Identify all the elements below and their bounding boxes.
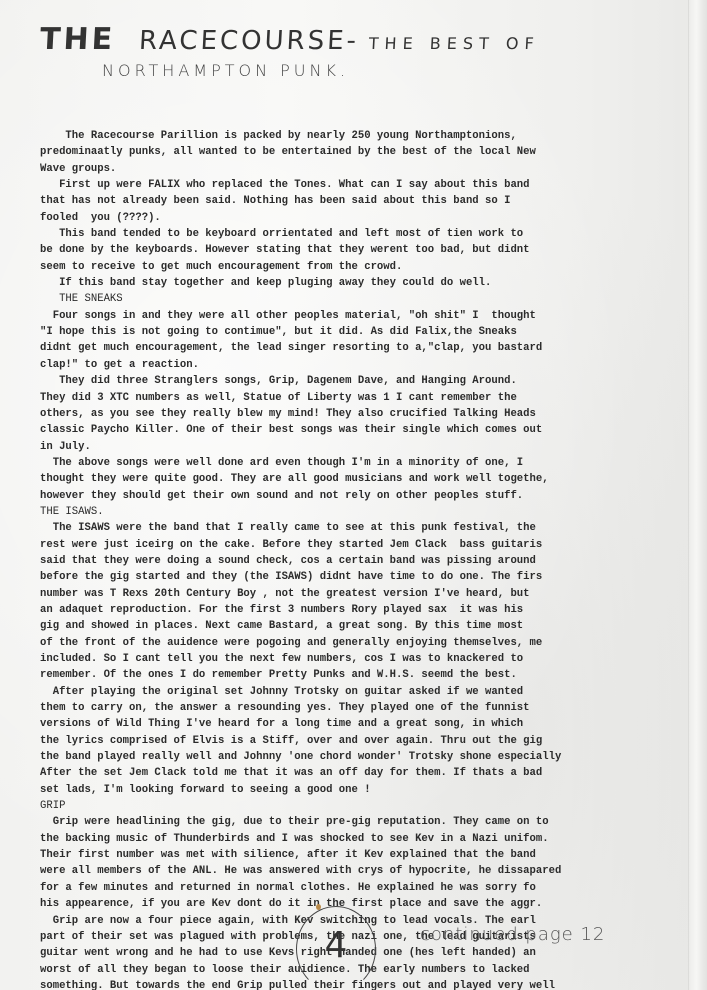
body-line: in July. bbox=[40, 439, 690, 455]
body-line: The Racecourse Parillion is packed by ne… bbox=[40, 128, 690, 144]
binding-gutter bbox=[688, 0, 707, 990]
page-number: 4 bbox=[296, 906, 376, 990]
body-line: them to carry on, the answer a resoundin… bbox=[40, 700, 690, 716]
body-line: Grip were headlining the gig, due to the… bbox=[40, 814, 690, 830]
title-best-of: THE BEST OF bbox=[368, 34, 540, 53]
body-line: After playing the original set Johnny Tr… bbox=[40, 684, 690, 700]
body-line: before the gig started and they (the ISA… bbox=[40, 569, 690, 585]
body-line: for a few minutes and returned in normal… bbox=[40, 880, 690, 896]
body-line: remember. Of the ones I do remember Pret… bbox=[40, 667, 690, 683]
body-line: included. So I cant tell you the next fe… bbox=[40, 651, 690, 667]
body-line: didnt get much encouragement, the lead s… bbox=[40, 340, 690, 356]
body-line: seem to receive to get much encouragemen… bbox=[40, 259, 690, 275]
body-line: First up were FALIX who replaced the Ton… bbox=[40, 177, 690, 193]
body-line: however they should get their own sound … bbox=[40, 488, 690, 504]
body-line: his appearence, if you are Kev dont do i… bbox=[40, 896, 690, 912]
article-body: The Racecourse Parillion is packed by ne… bbox=[40, 128, 690, 990]
body-line: said that they were doing a sound check,… bbox=[40, 553, 690, 569]
body-line: Their first number was met with silience… bbox=[40, 847, 690, 863]
body-line: "I hope this is not going to contimue", … bbox=[40, 324, 690, 340]
body-line: of the front of the auidence were pogoin… bbox=[40, 635, 690, 651]
body-line: The ISAWS were the band that I really ca… bbox=[40, 520, 690, 536]
title-line-1: THERACECOURSE-THE BEST OF bbox=[39, 22, 541, 57]
body-line: This band tended to be keyboard orrienta… bbox=[40, 226, 690, 242]
body-line: After the set Jem Clack told me that it … bbox=[40, 765, 690, 781]
title-the: THE bbox=[39, 22, 116, 57]
body-line: If this band stay together and keep plug… bbox=[40, 275, 690, 291]
body-line: Wave groups. bbox=[40, 161, 690, 177]
body-line: versions of Wild Thing I've heard for a … bbox=[40, 716, 690, 732]
section-heading: THE SNEAKS bbox=[40, 291, 690, 307]
body-line: The above songs were well done ard even … bbox=[40, 455, 690, 471]
body-line: were all members of the ANL. He was answ… bbox=[40, 863, 690, 879]
body-line: be done by the keyboards. However statin… bbox=[40, 242, 690, 258]
body-line: classic Paycho Killer. One of their best… bbox=[40, 422, 690, 438]
title-racecourse: RACECOURSE- bbox=[138, 26, 360, 56]
body-line: others, as you see they really blew my m… bbox=[40, 406, 690, 422]
article-title: THERACECOURSE-THE BEST OF NORTHAMPTON PU… bbox=[40, 22, 540, 80]
body-line: set lads, I'm looking forward to seeing … bbox=[40, 782, 690, 798]
body-line: the backing music of Thunderbirds and I … bbox=[40, 831, 690, 847]
body-line: fooled you (????). bbox=[40, 210, 690, 226]
body-line: predominaatly punks, all wanted to be en… bbox=[40, 144, 690, 160]
body-line: thought they were quite good. They are a… bbox=[40, 471, 690, 487]
section-heading: THE ISAWS. bbox=[40, 504, 690, 520]
body-line: something. But towards the end Grip pull… bbox=[40, 978, 690, 990]
body-line: gig and showed in places. Next came Bast… bbox=[40, 618, 690, 634]
section-heading: GRIP bbox=[40, 798, 690, 814]
body-line: the band played really well and Johnny '… bbox=[40, 749, 690, 765]
body-line: rest were just iceirg on the cake. Befor… bbox=[40, 537, 690, 553]
body-line: They did 3 XTC numbers as well, Statue o… bbox=[40, 390, 690, 406]
body-line: the lyrics comprised of Elvis is a Stiff… bbox=[40, 733, 690, 749]
continued-note: continued page 12 bbox=[420, 924, 605, 945]
title-line-2: NORTHAMPTON PUNK. bbox=[102, 61, 540, 80]
body-line: number was T Rexs 20th Century Boy , not… bbox=[40, 586, 690, 602]
body-line: They did three Stranglers songs, Grip, D… bbox=[40, 373, 690, 389]
body-line: an adaquet reproduction. For the first 3… bbox=[40, 602, 690, 618]
body-line: that has not already been said. Nothing … bbox=[40, 193, 690, 209]
body-line: Four songs in and they were all other pe… bbox=[40, 308, 690, 324]
body-line: clap!" to get a reaction. bbox=[40, 357, 690, 373]
